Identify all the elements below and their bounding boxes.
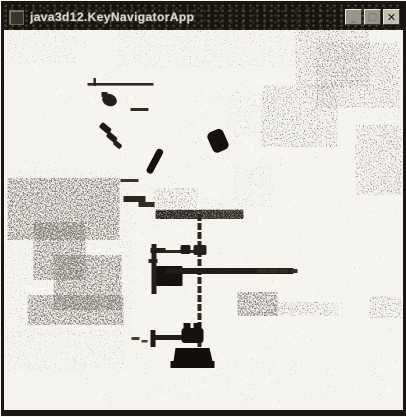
stand-base [171,348,215,368]
title-bar[interactable]: java3d12.KeyNavigatorApp _ □ ✕ [4,4,403,30]
lower-dash-1 [132,337,140,340]
distant-clamp-bit [102,92,108,97]
distant-fragment-2 [139,202,155,207]
upper-clamp-holder [194,245,207,255]
window-title: java3d12.KeyNavigatorApp [30,10,345,24]
distant-fragment-1 [124,196,146,202]
distant-dash [131,108,149,111]
maximize-button[interactable]: □ [364,9,381,25]
minimize-button[interactable]: _ [345,9,362,25]
window-controls: _ □ ✕ [345,9,400,25]
distant-rod [88,83,154,86]
upper-clamp-knob [181,245,191,254]
close-button[interactable]: ✕ [383,9,400,25]
main-clamp-post [152,260,157,294]
app-icon [9,10,24,25]
upper-clamp-bracket-horz [151,248,166,253]
distant-dash-2 [121,179,139,182]
render-canvas[interactable] [4,30,403,407]
scene-3d [4,30,403,407]
lower-clamp-knuckle [182,328,204,343]
app-window: java3d12.KeyNavigatorApp _ □ ✕ [1,1,406,416]
distant-rod-tick [94,78,96,86]
lower-dash-2 [142,340,148,343]
